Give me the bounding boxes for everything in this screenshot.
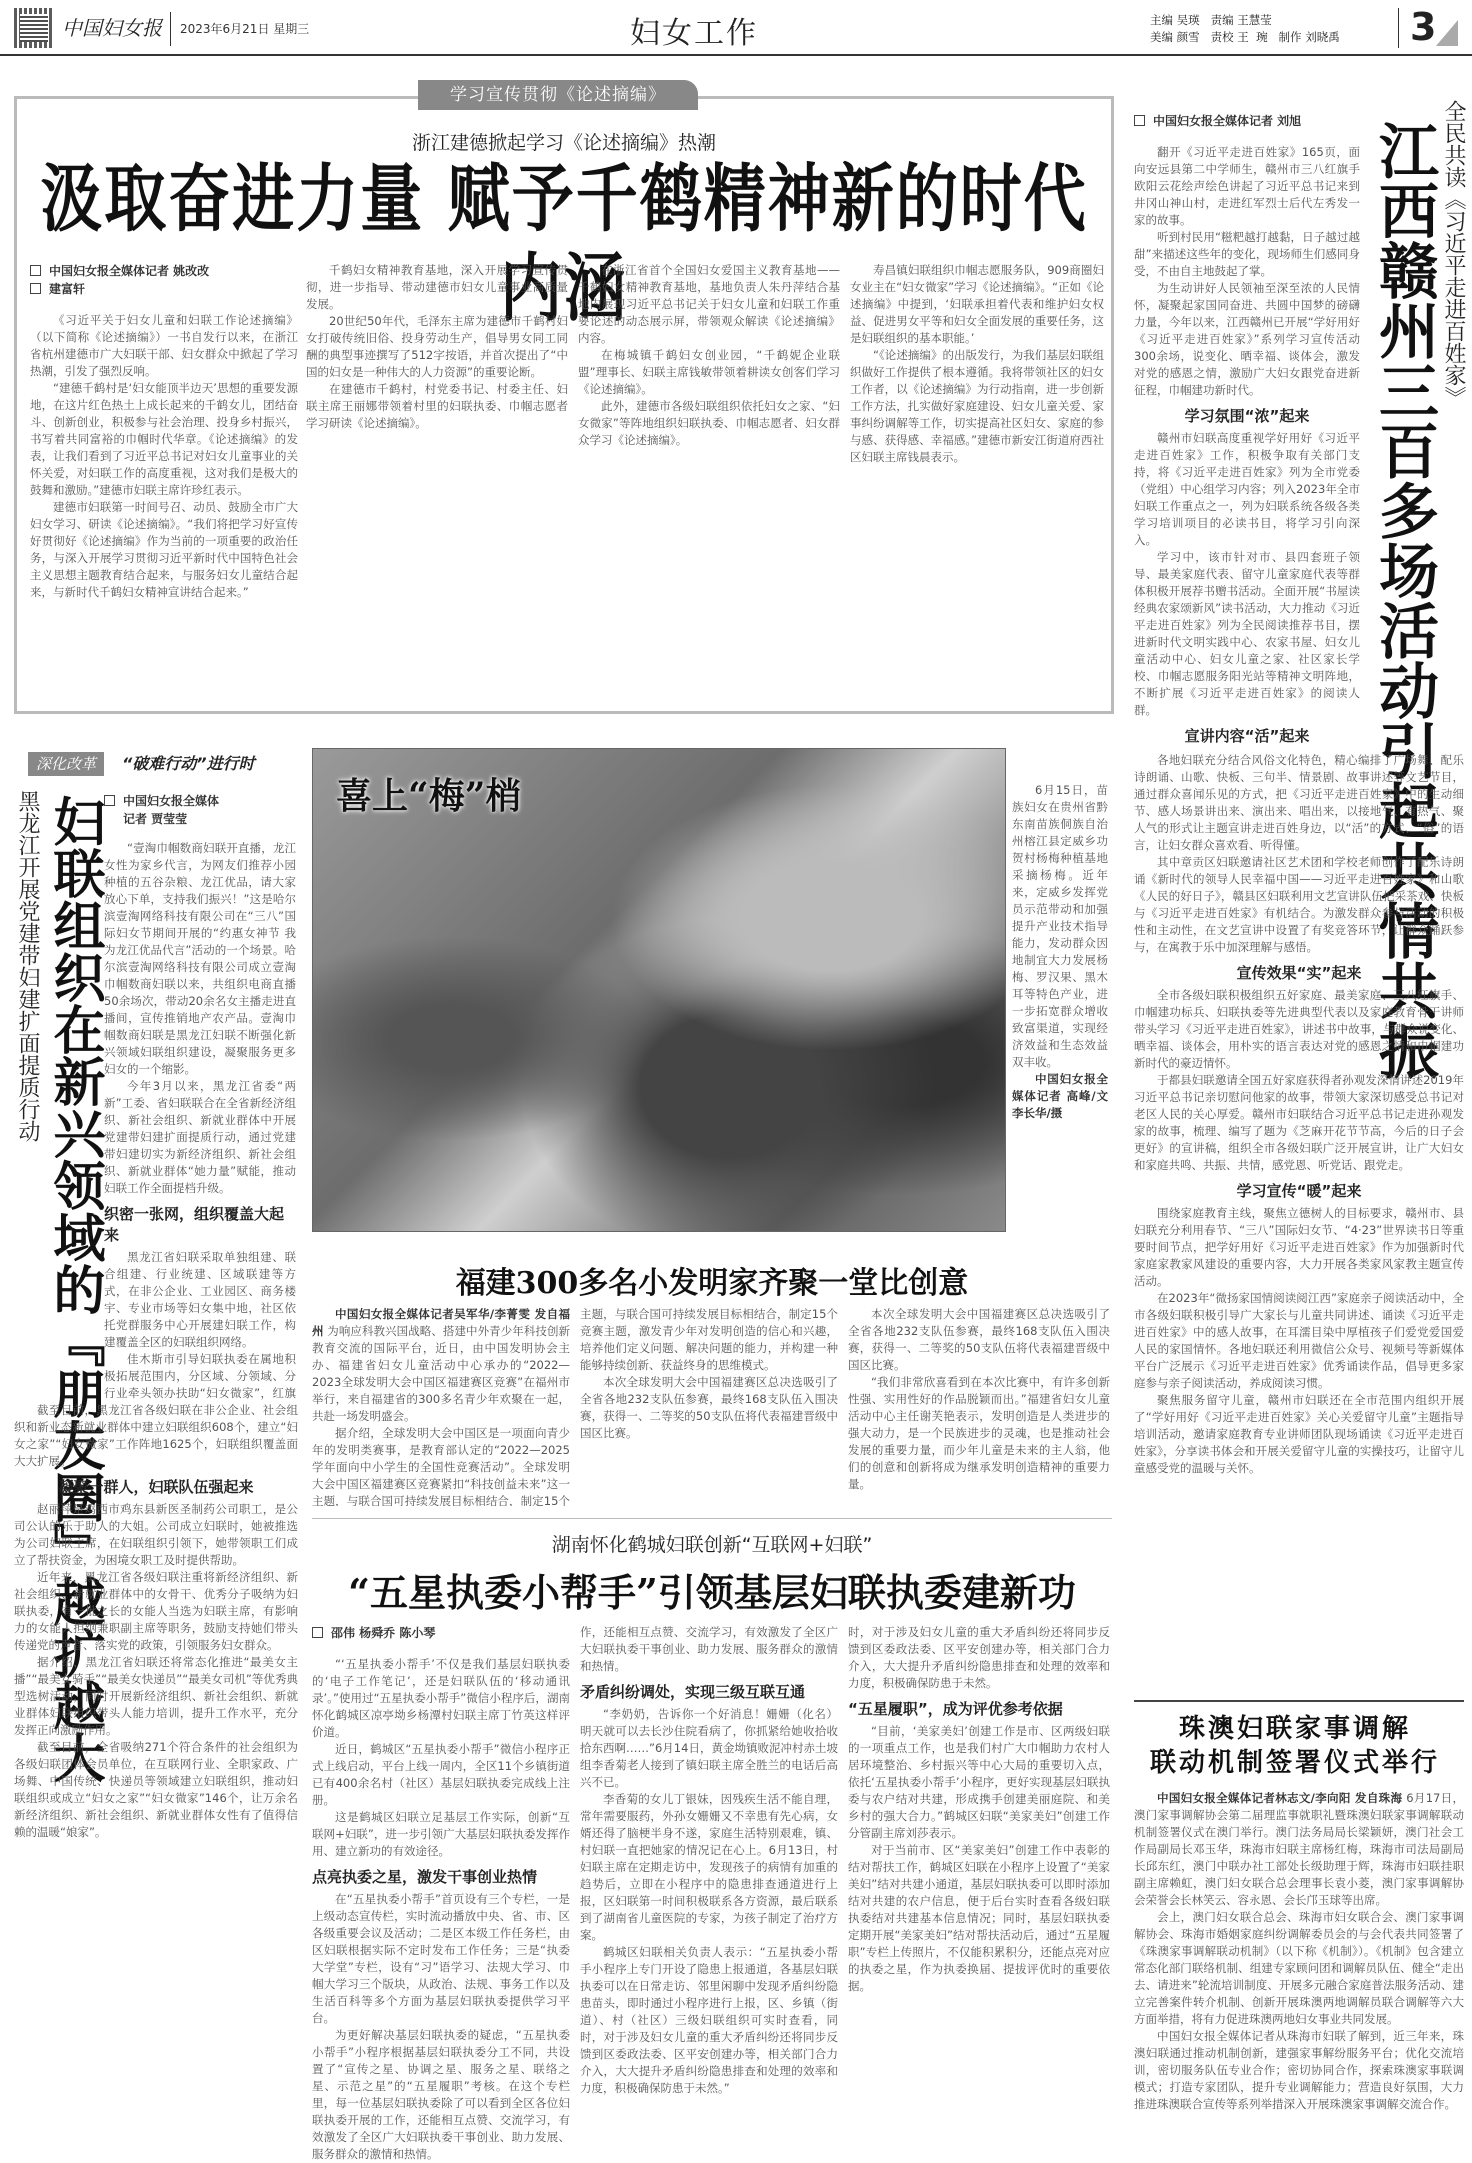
fujian-col-2: 据介绍，全球发明大会中国区是一项面向青少年的发明类赛事，是教育部认定的“2022…	[580, 1306, 838, 1506]
top-story-col-3: 在浙江省首个全国妇女爱国主义教育基地——千鹤妇女精神教育基地，基地负责人朱丹萍结…	[578, 262, 840, 702]
paragraph: 中国妇女报全媒体记者吴军华/李菁雯 发自福州 为响应科教兴国战略、搭建中外青少年…	[312, 1306, 570, 1425]
caption-text: 6月15日，苗族妇女在贵州省黔东南苗族侗族自治州榕江县定威乡功贺村杨梅种植基地采…	[1012, 782, 1108, 1071]
paragraph: 据介绍，黑龙江省妇联还将常态化推进“最美女主播”“最美女骑手”“最美女快递员”“…	[14, 1654, 298, 1739]
paragraph: “建德千鹤村是‘妇女能顶半边天’思想的重要发源地，在这片红色热土上成长起来的千鹤…	[30, 380, 298, 499]
article-body: “李奶奶，告诉你一个好消息！姗姗（化名）明天就可以去长沙住院看病了，你抓紧给她收…	[580, 1706, 838, 2097]
divider	[1398, 8, 1399, 48]
paragraph: 此外，建德市各级妇联组织依托妇女之家、“妇女微家”等阵地组织妇联执委、巾帼志愿者…	[578, 398, 840, 449]
paragraph: 赵丽萍是鸡西市鸡东县新医圣制药公司职工，是公司公认的乐于助人的大姐。公司成立妇联…	[14, 1501, 298, 1569]
byline: 邵伟 杨舜乔 陈小琴	[312, 1624, 570, 1642]
section-subhead: 凝聚一群人，妇联队伍强起来	[14, 1476, 298, 1497]
paragraph: 全市各级妇联积极组织五好家庭、最美家庭、三八红旗手、巾帼建功标兵、妇联执委等先进…	[1134, 987, 1464, 1072]
paragraph: 会上，澳门妇女联合总会、珠海市妇女联合会、澳门家事调解协会、珠海市婚姻家庭纠纷调…	[1134, 1909, 1464, 2028]
hunan-kicker: 湖南怀化鹤城妇联创新“互联网+妇联”	[312, 1530, 1112, 1557]
divider	[312, 1518, 1112, 1519]
paragraph: “《论述摘编》的出版发行，为我们基层妇联组织做好工作提供了根本遵循。我将带领社区…	[850, 347, 1104, 466]
top-story-col-2: 千鹤妇女精神教育基地，深入开展学习宣传贯彻，进一步指导、带动建德市妇女儿童事业高…	[306, 262, 568, 702]
page-number: 3	[1410, 6, 1436, 48]
paragraph: 翻开《习近平走进百姓家》165页，面向安远县第二中学师生，赣州市三八红旗手欧阳云…	[1134, 144, 1360, 229]
paragraph: 《习近平关于妇女儿童和妇联工作论述摘编》（以下简称《论述摘编》）一书自发行以来，…	[30, 312, 298, 380]
paragraph: 听到村民用“糍粑越打越黏，日子越过越甜”来描述这些年的变化，现场师生们感同身受，…	[1134, 229, 1360, 280]
paragraph: 时，对于涉及妇女儿童的重大矛盾纠纷还将同步反馈到区委政法委、区平安创建办等，相关…	[848, 1624, 1110, 1692]
section-subhead: 矛盾纠纷调处，实现三级互联互通	[580, 1681, 838, 1702]
top-story-col-1: 中国妇女报全媒体记者 姚改改 建富轩 《习近平关于妇女儿童和妇联工作论述摘编》（…	[30, 262, 298, 702]
byline-text: 建富轩	[49, 282, 85, 296]
paragraph: 围绕家庭教育主线，聚焦立德树人的目标要求，赣州市、县妇联充分利用春节、“三八”国…	[1134, 1205, 1464, 1290]
article-body: “壹淘巾帼数商妇联开直播，龙江女性为家乡代言，为网友们推荐小园种植的五谷杂粮、龙…	[104, 840, 296, 1197]
paragraph: 学习中，该市针对市、县四套班子领导、最美家庭代表、留守儿童家庭代表等群体积极开展…	[1134, 549, 1360, 719]
series-tag: 深化改革	[28, 752, 104, 776]
zhuao-headline: 珠澳妇联家事调解联动机制签署仪式举行	[1130, 1712, 1460, 1780]
paragraph: 截至目前，黑龙江省各级妇联在非公企业、社会组织和新业态新就业群体中建立妇联组织6…	[14, 1402, 298, 1470]
paragraph: “‘五星执委小帮手’不仅是我们基层妇联执委的‘电子工作笔记’，还是妇联队伍的‘移…	[312, 1656, 570, 1741]
paragraph: 中国妇女报全媒体记者林志文/李向阳 发自珠海 6月17日，澳门家事调解协会第二届…	[1134, 1790, 1464, 1909]
photo-title: 喜上“梅”梢	[336, 768, 521, 819]
article-body: 作，还能相互点赞、交流学习，有效激发了全区广大妇联执委干事创业、助力发展、服务群…	[580, 1624, 838, 1675]
paragraph: 佳木斯市引导妇联执委在属地积极拓展范围内，分区域、分领域、分行业牵头领办扶助“妇…	[104, 1351, 296, 1402]
paragraph: “目前，‘美家美妇’创建工作是市、区两级妇联的一项重点工作，也是我们村广大巾帼助…	[848, 1723, 1110, 1842]
paragraph: 各地妇联充分结合风俗文化特色，精心编排了广场舞、配乐诗朗诵、山歌、快板、三句半、…	[1134, 752, 1464, 854]
paragraph: 今年3月以来，黑龙江省委“两新”工委、省妇联联合在全省新经济组织、新社会组织、新…	[104, 1078, 296, 1197]
dateline: 中国妇女报全媒体记者林志文/李向阳 发自珠海	[1157, 1791, 1402, 1805]
section-subhead: 点亮执委之星，激发干事创业热情	[312, 1866, 570, 1887]
section-subhead: 学习氛围“浓”起来	[1134, 405, 1360, 426]
jiangxi-col-top: 中国妇女报全媒体记者 刘旭 翻开《习近平走进百姓家》165页，面向安远县第二中学…	[1134, 112, 1360, 752]
paragraph-text: 6月17日，澳门家事调解协会第二届理监事就职礼暨珠澳妇联家事调解联动机制签署仪式…	[1134, 1791, 1464, 1907]
series-title: “破难行动”进行时	[122, 752, 255, 776]
editors-line-1: 主编 吴瑛 责编 王慧莹	[1150, 13, 1272, 27]
article-body: 中国妇女报全媒体记者林志文/李向阳 发自珠海 6月17日，澳门家事调解协会第二届…	[1134, 1790, 1464, 2113]
heilongjiang-vertical-kicker: 黑龙江开展党建带妇建扩面提质行动	[12, 790, 40, 1142]
paragraph: “壹淘巾帼数商妇联开直播，龙江女性为家乡代言，为网友们推荐小园种植的五谷杂粮、龙…	[104, 840, 296, 1078]
byline-text: 中国妇女报全媒体	[123, 794, 219, 808]
hunan-headline: “五星执委小帮手”引领基层妇联执委建新功	[312, 1562, 1112, 1617]
divider	[1134, 1700, 1464, 1702]
section-title: 妇女工作	[630, 8, 758, 52]
article-body: 本次全球发明大会中国福建赛区总决选吸引了全省各地232支队伍参赛，最终168支队…	[848, 1306, 1110, 1493]
byline: 中国妇女报全媒体记者 刘旭	[1134, 112, 1360, 130]
paragraph: 近年来，黑龙江省各级妇联注重将新经济组织、新社会组织、新就业群体中的女骨干、优秀…	[14, 1569, 298, 1654]
square-box-icon	[312, 1627, 323, 1638]
article-body: 黑龙江省妇联采取单独组建、联合组建、行业统建、区域联建等方式，在非公企业、工业园…	[104, 1249, 296, 1402]
paragraph: 在2023年“微扬家国情阅读阅江西”家庭亲子阅读活动中，全市各级妇联积极引导广大…	[1134, 1290, 1464, 1392]
paragraph: 聚焦服务留守儿童，赣州市妇联还在全市范围内组织开展了“学好用好《习近平走进百姓家…	[1134, 1392, 1464, 1477]
paragraph: 作，还能相互点赞、交流学习，有效激发了全区广大妇联执委干事创业、助力发展、服务群…	[580, 1624, 838, 1675]
photo-caption: 6月15日，苗族妇女在贵州省黔东南苗族侗族自治州榕江县定威乡功贺村杨梅种植基地采…	[1012, 782, 1108, 1222]
jiangxi-col-bottom: 各地妇联充分结合风俗文化特色，精心编排了广场舞、配乐诗朗诵、山歌、快板、三句半、…	[1134, 752, 1464, 1682]
section-subhead: 学习宣传“暖”起来	[1134, 1180, 1464, 1201]
paragraph: 近日，鹤城区“五星执委小帮手”微信小程序正式上线启动，平台上线一周内，全区11个…	[312, 1741, 570, 1809]
section-subhead: 宣讲内容“活”起来	[1134, 725, 1360, 746]
byline: 建富轩	[30, 280, 298, 298]
top-story-kicker: 浙江建德掀起学习《论述摘编》热潮	[14, 128, 1114, 155]
article-body: 《习近平关于妇女儿童和妇联工作论述摘编》（以下简称《论述摘编》）一书自发行以来，…	[30, 312, 298, 601]
paragraph: 在建德市千鹤村，村党委书记、村委主任、妇联主席王丽娜带领着村里的妇联执委、巾帼志…	[306, 381, 568, 432]
article-body: 时，对于涉及妇女儿童的重大矛盾纠纷还将同步反馈到区委政法委、区平安创建办等，相关…	[848, 1624, 1110, 1692]
paragraph: 鹤城区妇联相关负责人表示：“五星执委小帮手小程序上专门开设了隐患上报通道，各基层…	[580, 1944, 838, 2097]
paragraph: 在“五星执委小帮手”首页设有三个专栏，一是上级动态宣传栏，实时流动播放中央、省、…	[312, 1891, 570, 2027]
editor-credits: 主编 吴瑛 责编 王慧莹 美编 颜雪 责校 王 琬 制作 刘晓禹	[1150, 12, 1340, 46]
issue-date: 2023年6月21日 星期三	[180, 20, 309, 37]
paragraph: 据介绍，全球发明大会中国区是一项面向青少年的发明类赛事，是教育部认定的“2022…	[580, 1306, 838, 1374]
paragraph: 对于当前市、区“美家美妇”创建工作中表彰的结对帮扶工作，鹤城区妇联在小程序上设置…	[848, 1842, 1110, 1995]
article-body: 寿昌镇妇联组织巾帼志愿服务队，909商圈妇女业主在“妇女微家”学习《论述摘编》。…	[850, 262, 1104, 466]
byline-text: 中国妇女报全媒体记者 刘旭	[1153, 114, 1301, 128]
paragraph: 20世纪50年代，毛泽东主席为建德市千鹤村妇女打破传统旧俗、投身劳动生产，倡导男…	[306, 313, 568, 381]
paragraph: 这是鹤城区妇联立足基层工作实际，创新“互联网+妇联”，进一步引领广大基层妇联执委…	[312, 1809, 570, 1860]
paragraph: 赣州市妇联高度重视学好用好《习近平走进百姓家》工作，积极争取有关部门支持，将《习…	[1134, 430, 1360, 549]
article-body: 翻开《习近平走进百姓家》165页，面向安远县第二中学师生，赣州市三八红旗手欧阳云…	[1134, 144, 1360, 399]
square-box-icon	[30, 265, 41, 276]
paragraph: 为更好解决基层妇联执委的疑虑，“五星执委小帮手”小程序根据基层妇联执委分工不同，…	[312, 2027, 570, 2160]
paragraph: 千鹤妇女精神教育基地，深入开展学习宣传贯彻，进一步指导、带动建德市妇女儿童事业高…	[306, 262, 568, 313]
newspaper-logo: 中国妇女报	[62, 12, 162, 41]
paragraph-text: 为响应科教兴国战略、搭建中外青少年科技创新教育交流的国际平台，近日，由中国发明协…	[312, 1324, 570, 1423]
heilongjiang-col-bottom: 截至目前，黑龙江省各级妇联在非公企业、社会组织和新业态新就业群体中建立妇联组织6…	[14, 1402, 298, 2160]
hunan-col-3: 时，对于涉及妇女儿童的重大矛盾纠纷还将同步反馈到区委政法委、区平安创建办等，相关…	[848, 1624, 1110, 2160]
paragraph: 截至目前，全省吸纳271个符合条件的社会组织为各级妇联团体会员单位，在互联网行业…	[14, 1739, 298, 1841]
article-body: 在浙江省首个全国妇女爱国主义教育基地——千鹤妇女精神教育基地，基地负责人朱丹萍结…	[578, 262, 840, 449]
heilongjiang-col-top: 中国妇女报全媒体 记者 贾莹莹 “壹淘巾帼数商妇联开直播，龙江女性为家乡代言，为…	[104, 792, 296, 1402]
article-body: 千鹤妇女精神教育基地，深入开展学习宣传贯彻，进一步指导、带动建德市妇女儿童事业高…	[306, 262, 568, 432]
paragraph: 据介绍，全球发明大会中国区是一项面向青少年的发明类赛事，是教育部认定的“2022…	[312, 1425, 570, 1506]
photo-credit: 中国妇女报全媒体记者 高峰/文 李长华/摄	[1012, 1071, 1108, 1122]
paragraph: 李香菊的女儿丁银妹，因残疾生活不能自理，常年需要服药，外孙女姗姗又不幸患有先心病…	[580, 1791, 838, 1944]
paragraph: 中国妇女报全媒体记者从珠海市妇联了解到，近三年来，珠澳妇联通过推动机制创新，建强…	[1134, 2028, 1464, 2113]
article-body: “‘五星执委小帮手’不仅是我们基层妇联执委的‘电子工作笔记’，还是妇联队伍的‘移…	[312, 1656, 570, 1860]
article-body: 在“五星执委小帮手”首页设有三个专栏，一是上级动态宣传栏，实时流动播放中央、省、…	[312, 1891, 570, 2160]
page-corner-triangle-icon	[1436, 20, 1458, 46]
byline-text: 邵伟 杨舜乔 陈小琴	[331, 1626, 435, 1640]
paragraph: 本次全球发明大会中国福建赛区总决选吸引了全省各地232支队伍参赛，最终168支队…	[580, 1374, 838, 1442]
square-box-icon	[104, 795, 115, 806]
paragraph: 黑龙江省妇联采取单独组建、联合组建、行业统建、区域联建等方式，在非公企业、工业园…	[104, 1249, 296, 1351]
zhuao-headline-line-1: 珠澳妇联家事调解	[1179, 1714, 1411, 1744]
byline: 中国妇女报全媒体记者 姚改改	[30, 262, 298, 280]
article-body: 全市各级妇联积极组织五好家庭、最美家庭、三八红旗手、巾帼建功标兵、妇联执委等先进…	[1134, 987, 1464, 1174]
byline: 记者 贾莹莹	[104, 810, 296, 828]
article-body: 截至目前，黑龙江省各级妇联在非公企业、社会组织和新业态新就业群体中建立妇联组织6…	[14, 1402, 298, 1470]
article-body: 围绕家庭教育主线，聚焦立德树人的目标要求，赣州市、县妇联充分利用春节、“三八”国…	[1134, 1205, 1464, 1477]
paragraph: 在梅城镇千鹤妇女创业园，“千鹤妮企业联盟”理事长、妇联主席钱敏带领着耕读女创客们…	[578, 347, 840, 398]
article-body: 中国妇女报全媒体记者吴军华/李菁雯 发自福州 为响应科教兴国战略、搭建中外青少年…	[312, 1306, 570, 1506]
byline: 中国妇女报全媒体	[104, 792, 296, 810]
divider	[170, 12, 171, 46]
paragraph: 其中章贡区妇联邀请社区艺术团和学校老师创作了配乐诗朗诵《新时代的领导人民幸福中国…	[1134, 854, 1464, 956]
fujian-col-3: 本次全球发明大会中国福建赛区总决选吸引了全省各地232支队伍参赛，最终168支队…	[848, 1306, 1110, 1506]
photo-miao-women-picking-bayberries	[312, 748, 1006, 1232]
article-body: 赣州市妇联高度重视学好用好《习近平走进百姓家》工作，积极争取有关部门支持，将《习…	[1134, 430, 1360, 719]
zhuao-headline-line-2: 联动机制签署仪式举行	[1150, 1748, 1440, 1778]
article-body: 据介绍，全球发明大会中国区是一项面向青少年的发明类赛事，是教育部认定的“2022…	[580, 1306, 838, 1442]
paragraph: 建德市妇联第一时间号召、动员、鼓励全市广大妇女学习、研读《论述摘编》。“我们将把…	[30, 499, 298, 601]
editors-line-2: 美编 颜雪 责校 王 琬 制作 刘晓禹	[1150, 30, 1340, 44]
paragraph: 寿昌镇妇联组织巾帼志愿服务队，909商圈妇女业主在“妇女微家”学习《论述摘编》。…	[850, 262, 1104, 347]
hunan-col-2: 作，还能相互点赞、交流学习，有效激发了全区广大妇联执委干事创业、助力发展、服务群…	[580, 1624, 838, 2160]
jiangxi-vertical-kicker: 全民共读《习近平走进百姓家》	[1436, 100, 1466, 408]
topic-tab: 学习宣传贯彻《论述摘编》	[418, 80, 698, 110]
fujian-col-1: 中国妇女报全媒体记者吴军华/李菁雯 发自福州 为响应科教兴国战略、搭建中外青少年…	[312, 1306, 570, 1506]
fujian-headline: 福建300多名小发明家齐聚一堂比创意	[312, 1258, 1112, 1302]
hunan-col-1: 邵伟 杨舜乔 陈小琴 “‘五星执委小帮手’不仅是我们基层妇联执委的‘电子工作笔记…	[312, 1624, 570, 2160]
paragraph: 于都县妇联邀请全国五好家庭获得者孙观发深情讲述2019年习近平总书记亲切慰问他家…	[1134, 1072, 1464, 1174]
section-subhead: 宣传效果“实”起来	[1134, 962, 1464, 983]
paragraph: 本次全球发明大会中国福建赛区总决选吸引了全省各地232支队伍参赛，最终168支队…	[848, 1306, 1110, 1374]
paragraph: “李奶奶，告诉你一个好消息！姗姗（化名）明天就可以去长沙住院看病了，你抓紧给她收…	[580, 1706, 838, 1791]
square-box-icon	[30, 283, 41, 294]
paragraph: 在浙江省首个全国妇女爱国主义教育基地——千鹤妇女精神教育基地，基地负责人朱丹萍结…	[578, 262, 840, 347]
article-body: 赵丽萍是鸡西市鸡东县新医圣制药公司职工，是公司公认的乐于助人的大姐。公司成立妇联…	[14, 1501, 298, 1841]
paragraph: 为生动讲好人民领袖至深至浓的人民情怀，凝聚起家国同奋进、共圆中国梦的磅礴力量，今…	[1134, 280, 1360, 399]
article-body: “目前，‘美家美妇’创建工作是市、区两级妇联的一项重点工作，也是我们村广大巾帼助…	[848, 1723, 1110, 1995]
section-subhead: 织密一张网，组织覆盖大起来	[104, 1203, 296, 1245]
top-story-col-4: 寿昌镇妇联组织巾帼志愿服务队，909商圈妇女业主在“妇女微家”学习《论述摘编》。…	[850, 262, 1104, 702]
zhuao-body: 中国妇女报全媒体记者林志文/李向阳 发自珠海 6月17日，澳门家事调解协会第二届…	[1134, 1790, 1464, 2160]
qr-code-icon	[14, 8, 54, 48]
article-body: 各地妇联充分结合风俗文化特色，精心编排了广场舞、配乐诗朗诵、山歌、快板、三句半、…	[1134, 752, 1464, 956]
masthead: 中国妇女报 2023年6月21日 星期三 妇女工作 主编 吴瑛 责编 王慧莹 美…	[0, 0, 1472, 56]
byline-text: 中国妇女报全媒体记者 姚改改	[49, 264, 209, 278]
section-subhead: “五星履职”，成为评优参考依据	[848, 1698, 1110, 1719]
square-box-icon	[1134, 115, 1145, 126]
paragraph: “我们非常欣喜看到在本次比赛中，有许多创新性强、实用性好的作品脱颖而出。”福建省…	[848, 1374, 1110, 1493]
